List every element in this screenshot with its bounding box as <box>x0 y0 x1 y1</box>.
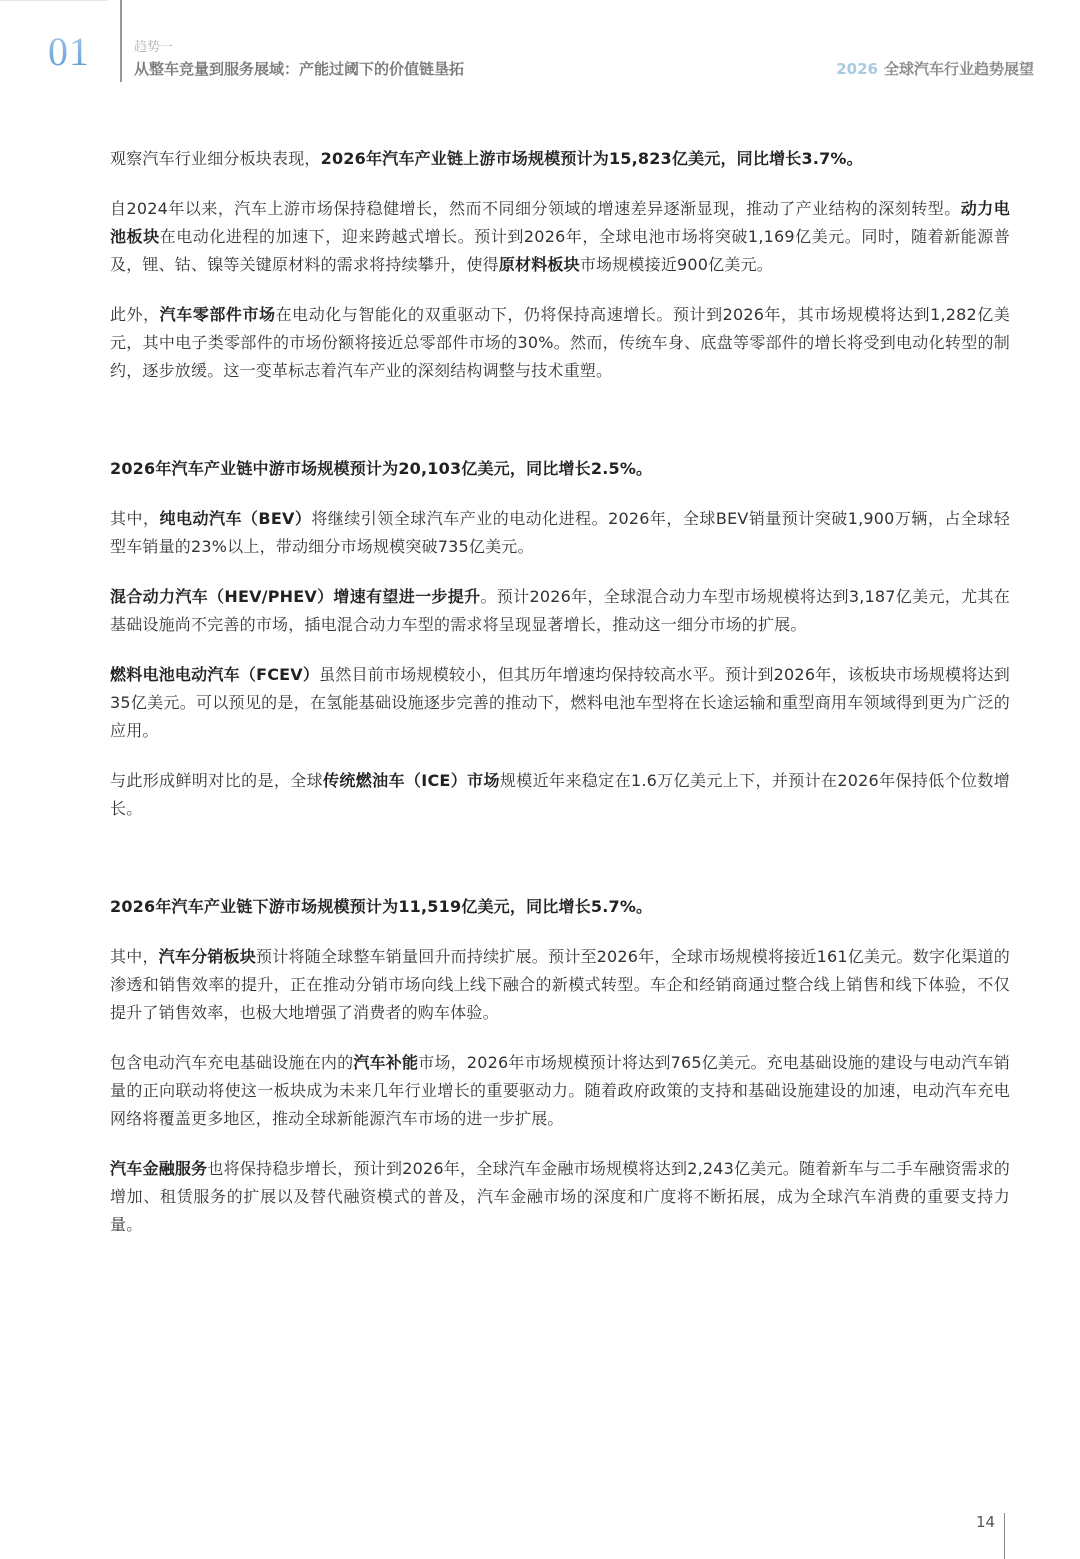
text: 此外， <box>110 305 160 324</box>
text: 观察汽车行业细分板块表现， <box>110 149 321 168</box>
chapter-kicker: 趋势一 <box>134 36 173 55</box>
text: 自2024年以来，汽车上游市场保持稳健增长，然而不同细分领域的增速差异逐渐显现，… <box>110 199 961 218</box>
upstream-parts-paragraph: 此外，汽车零部件市场在电动化与智能化的双重驱动下，仍将保持高速增长。预计到202… <box>110 301 1010 385</box>
chapter-title: 从整车竞量到服务展域：产能过阈下的价值链垦拓 <box>134 58 464 79</box>
text: 与此形成鲜明对比的是，全球 <box>110 771 323 790</box>
highlight-text: 2026年汽车产业链下游市场规模预计为11,519亿美元，同比增长5.7%。 <box>110 897 652 916</box>
text: 也将保持稳步增长，预计到2026年，全球汽车金融市场规模将达到2,243亿美元。… <box>110 1159 1010 1234</box>
midstream-ice-paragraph: 与此形成鲜明对比的是，全球传统燃油车（ICE）市场规模近年来稳定在1.6万亿美元… <box>110 767 1010 823</box>
page-body: 观察汽车行业细分板块表现，2026年汽车产业链上游市场规模预计为15,823亿美… <box>110 145 1010 1239</box>
highlight-text: 原材料板块 <box>499 255 580 274</box>
header-top-rule <box>0 0 108 1</box>
text: 包含电动汽车充电基础设施在内的 <box>110 1053 353 1072</box>
highlight-text: 汽车补能 <box>353 1053 418 1072</box>
downstream-distribution-paragraph: 其中，汽车分销板块预计将随全球整车销量回升而持续扩展。预计至2026年，全球市场… <box>110 943 1010 1027</box>
report-title-text: 全球汽车行业趋势展望 <box>884 60 1034 78</box>
midstream-hybrid-paragraph: 混合动力汽车（HEV/PHEV）增速有望进一步提升。预计2026年，全球混合动力… <box>110 583 1010 639</box>
header-divider <box>120 0 122 82</box>
highlight-text: 2026年汽车产业链上游市场规模预计为15,823亿美元，同比增长3.7%。 <box>321 149 863 168</box>
text: 其中， <box>110 509 159 528</box>
highlight-text: 燃料电池电动汽车（FCEV） <box>110 665 319 684</box>
upstream-battery-paragraph: 自2024年以来，汽车上游市场保持稳健增长，然而不同细分领域的增速差异逐渐显现，… <box>110 195 1010 279</box>
highlight-text: 传统燃油车（ICE）市场 <box>323 771 500 790</box>
highlight-text: 纯电动汽车（BEV） <box>159 509 311 528</box>
highlight-text: 汽车零部件市场 <box>160 305 276 324</box>
report-title: 2026全球汽车行业趋势展望 <box>836 58 1034 79</box>
text: 其中， <box>110 947 159 966</box>
footer-divider <box>1004 1513 1005 1559</box>
midstream-fcev-paragraph: 燃料电池电动汽车（FCEV）虽然目前市场规模较小，但其历年增速均保持较高水平。预… <box>110 661 1010 745</box>
downstream-heading: 2026年汽车产业链下游市场规模预计为11,519亿美元，同比增长5.7%。 <box>110 893 1010 921</box>
upstream-intro-paragraph: 观察汽车行业细分板块表现，2026年汽车产业链上游市场规模预计为15,823亿美… <box>110 145 1010 173</box>
highlight-text: 混合动力汽车（HEV/PHEV）增速有望进一步提升 <box>110 587 480 606</box>
page-number: 14 <box>976 1513 995 1531</box>
midstream-bev-paragraph: 其中，纯电动汽车（BEV）将继续引领全球汽车产业的电动化进程。2026年，全球B… <box>110 505 1010 561</box>
chapter-number: 01 <box>48 28 90 75</box>
highlight-text: 2026年汽车产业链中游市场规模预计为20,103亿美元，同比增长2.5%。 <box>110 459 652 478</box>
highlight-text: 汽车金融服务 <box>110 1159 207 1178</box>
report-year: 2026 <box>836 60 878 78</box>
highlight-text: 汽车分销板块 <box>159 947 256 966</box>
midstream-heading: 2026年汽车产业链中游市场规模预计为20,103亿美元，同比增长2.5%。 <box>110 455 1010 483</box>
downstream-charging-paragraph: 包含电动汽车充电基础设施在内的汽车补能市场，2026年市场规模预计将达到765亿… <box>110 1049 1010 1133</box>
text: 市场规模接近900亿美元。 <box>580 255 773 274</box>
downstream-finance-paragraph: 汽车金融服务也将保持稳步增长，预计到2026年，全球汽车金融市场规模将达到2,2… <box>110 1155 1010 1239</box>
